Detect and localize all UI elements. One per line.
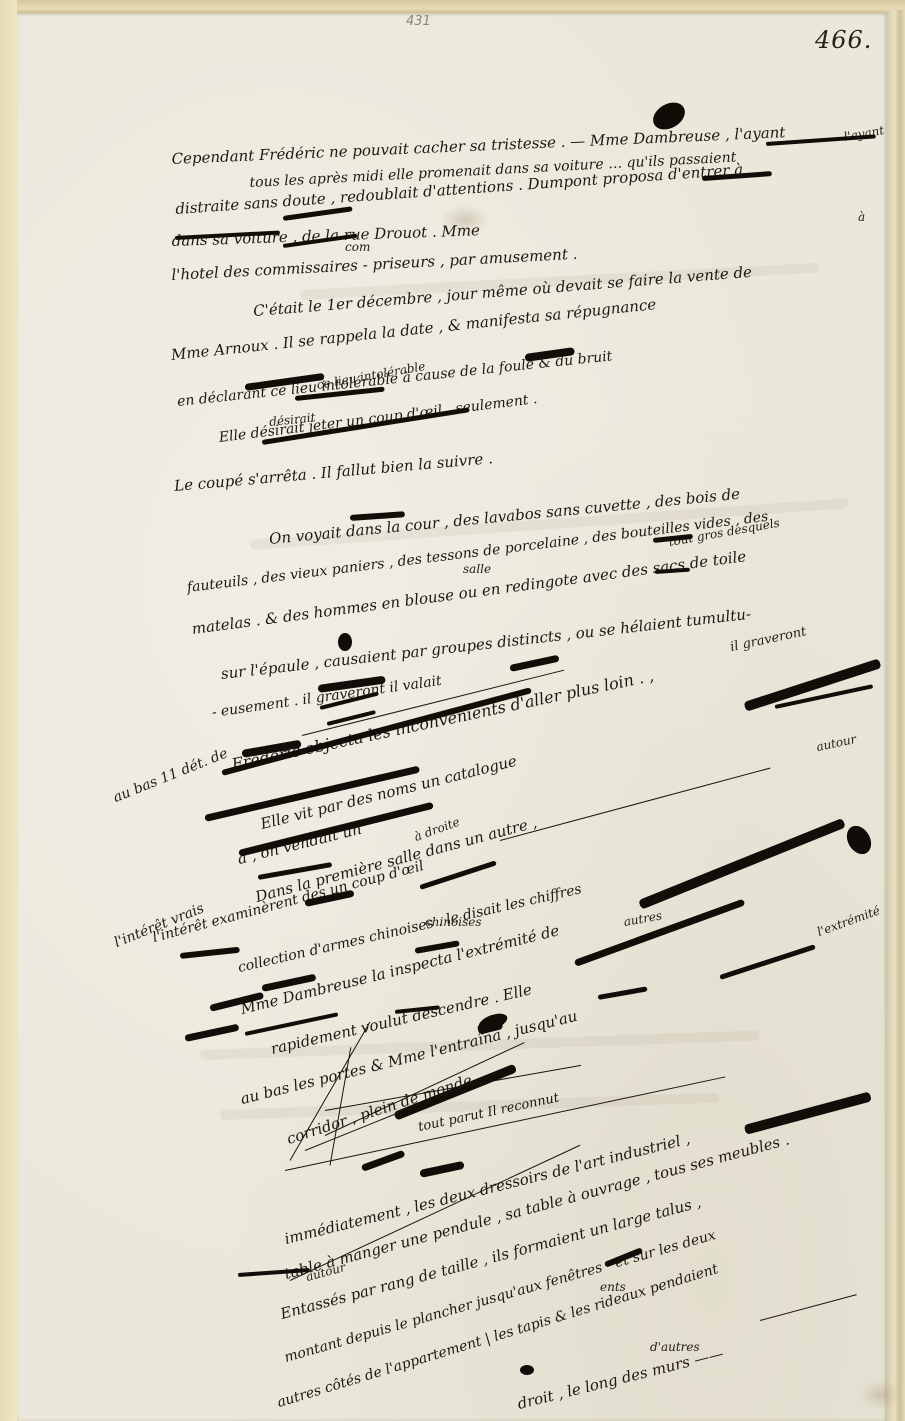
ink-blot xyxy=(338,633,352,651)
interlinear-insertion: com xyxy=(345,240,370,254)
ink-smudge xyxy=(860,1380,900,1410)
interlinear-insertion: chinoises xyxy=(425,915,482,929)
folio-number-pencil: 431 xyxy=(406,14,431,29)
interlinear-insertion: à xyxy=(858,210,865,224)
interlinear-insertion: salle xyxy=(463,562,491,576)
page-edge-right xyxy=(887,10,905,1421)
folio-number-ink: 466. xyxy=(815,26,872,54)
page-stack-top xyxy=(17,0,905,14)
binding-left-edge xyxy=(0,0,17,1421)
ink-blot xyxy=(520,1365,534,1375)
interlinear-insertion: ents xyxy=(600,1280,626,1294)
interlinear-insertion: d'autres xyxy=(650,1340,700,1354)
